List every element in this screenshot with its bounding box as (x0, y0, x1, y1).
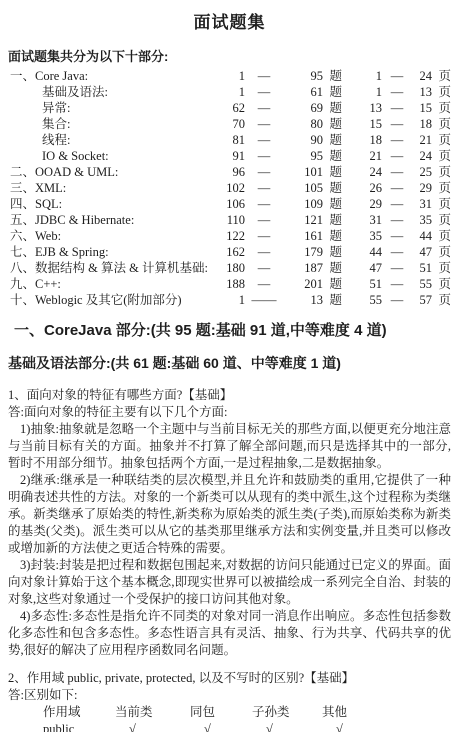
toc-page-dash: — (382, 164, 412, 180)
toc-page-start: 21 (352, 148, 382, 164)
toc-page-dash: — (382, 68, 412, 84)
toc-question-end: 105 (283, 180, 323, 196)
toc-page-start: 47 (352, 260, 382, 276)
toc-question-unit: 题 (323, 292, 342, 308)
toc-page-unit: 页 (432, 260, 451, 276)
toc-row: 异常: 62 — 69 题 13 — 15 页 (8, 100, 451, 116)
toc-question-unit: 题 (323, 84, 342, 100)
toc-question-dash: — (245, 68, 283, 84)
toc-page-end: 29 (412, 180, 432, 196)
toc-page-start: 51 (352, 276, 382, 292)
toc-page-start: 29 (352, 196, 382, 212)
toc-page-dash: — (382, 276, 412, 292)
toc-item-label: 二、OOAD & UML: (8, 164, 209, 180)
answer-paragraph: 1)抽象:抽象就是忽略一个主题中与当前目标无关的那些方面,以便更充分地注意与当前… (8, 421, 451, 472)
toc-page-end: 24 (412, 68, 432, 84)
table-header-cell: 当前类 (115, 704, 190, 721)
question-1-answer-intro: 答:面向对象的特征主要有以下几个方面: (8, 404, 451, 421)
toc-question-start: 81 (209, 132, 245, 148)
toc-page-start: 44 (352, 244, 382, 260)
toc-question-dash: — (245, 132, 283, 148)
toc-page-end: 47 (412, 244, 432, 260)
document-page: 面试题集 面试题集共分为以下十部分: 一、Core Java: 1 — 95 题… (0, 0, 459, 732)
toc-question-dash: — (245, 100, 283, 116)
toc-page-start: 55 (352, 292, 382, 308)
toc-page-end: 13 (412, 84, 432, 100)
toc-row: IO & Socket: 91 — 95 题 21 — 24 页 (8, 148, 451, 164)
toc-question-unit: 题 (323, 68, 342, 84)
toc-question-unit: 题 (323, 276, 342, 292)
toc-question-start: 1 (209, 84, 245, 100)
toc-question-dash: — (245, 116, 283, 132)
toc-item-label: IO & Socket: (8, 148, 209, 164)
toc-question-start: 1 (209, 292, 245, 308)
toc-item-label: 三、XML: (8, 180, 209, 196)
toc-question-end: 101 (283, 164, 323, 180)
toc-question-dash: — (245, 196, 283, 212)
toc-question-start: 106 (209, 196, 245, 212)
table-cell: public (43, 721, 115, 732)
question-1-block: 1、面向对象的特征有哪些方面?【基础】 答:面向对象的特征主要有以下几个方面: … (8, 387, 451, 659)
toc-page-end: 18 (412, 116, 432, 132)
toc-question-start: 102 (209, 180, 245, 196)
toc-page-dash: — (382, 260, 412, 276)
toc-row: 十、Weblogic 及其它(附加部分) 1 —— 13 题 55 — 57 页 (8, 292, 451, 308)
toc-question-dash: — (245, 260, 283, 276)
toc-page-end: 25 (412, 164, 432, 180)
toc-page-dash: — (382, 292, 412, 308)
toc-question-start: 188 (209, 276, 245, 292)
toc-page-unit: 页 (432, 292, 451, 308)
question-1-text: 1、面向对象的特征有哪些方面?【基础】 (8, 387, 451, 404)
toc-row: 七、EJB & Spring: 162 — 179 题 44 — 47 页 (8, 244, 451, 260)
toc-item-label: 八、数据结构 & 算法 & 计算机基础: (8, 260, 209, 276)
question-1-answer-paragraphs: 1)抽象:抽象就是忽略一个主题中与当前目标无关的那些方面,以便更充分地注意与当前… (8, 421, 451, 659)
toc-page-unit: 页 (432, 180, 451, 196)
toc-question-end: 179 (283, 244, 323, 260)
toc-page-dash: — (382, 212, 412, 228)
toc-question-unit: 题 (323, 116, 342, 132)
toc-page-unit: 页 (432, 212, 451, 228)
table-cell: √ (252, 721, 322, 732)
toc-question-start: 62 (209, 100, 245, 116)
toc-item-label: 集合: (8, 116, 209, 132)
toc-question-start: 96 (209, 164, 245, 180)
toc-question-dash: — (245, 84, 283, 100)
toc-item-label: 六、Web: (8, 228, 209, 244)
toc-page-unit: 页 (432, 228, 451, 244)
toc-question-unit: 题 (323, 180, 342, 196)
toc-question-end: 69 (283, 100, 323, 116)
toc-item-label: 异常: (8, 100, 209, 116)
toc-question-dash: — (245, 164, 283, 180)
toc-page-end: 35 (412, 212, 432, 228)
toc-row: 九、C++: 188 — 201 题 51 — 55 页 (8, 276, 451, 292)
toc-page-unit: 页 (432, 132, 451, 148)
table-of-contents: 一、Core Java: 1 — 95 题 1 — 24 页 基础及语法: 1 … (8, 68, 451, 308)
toc-page-unit: 页 (432, 276, 451, 292)
toc-page-unit: 页 (432, 164, 451, 180)
toc-page-start: 18 (352, 132, 382, 148)
toc-page-dash: — (382, 116, 412, 132)
toc-row: 基础及语法: 1 — 61 题 1 — 13 页 (8, 84, 451, 100)
toc-row: 四、SQL: 106 — 109 题 29 — 31 页 (8, 196, 451, 212)
toc-question-unit: 题 (323, 148, 342, 164)
toc-page-dash: — (382, 244, 412, 260)
toc-page-start: 15 (352, 116, 382, 132)
toc-question-end: 187 (283, 260, 323, 276)
toc-page-start: 26 (352, 180, 382, 196)
access-modifier-table-row: public√√√√ (43, 721, 451, 732)
toc-question-unit: 题 (323, 260, 342, 276)
toc-page-dash: — (382, 84, 412, 100)
toc-question-start: 162 (209, 244, 245, 260)
toc-question-end: 61 (283, 84, 323, 100)
toc-page-end: 44 (412, 228, 432, 244)
table-cell: √ (115, 721, 190, 732)
question-2-answer-intro: 答:区别如下: (8, 687, 451, 704)
toc-page-unit: 页 (432, 148, 451, 164)
toc-page-start: 13 (352, 100, 382, 116)
toc-question-end: 80 (283, 116, 323, 132)
toc-page-dash: — (382, 100, 412, 116)
toc-page-unit: 页 (432, 196, 451, 212)
toc-row: 八、数据结构 & 算法 & 计算机基础: 180 — 187 题 47 — 51… (8, 260, 451, 276)
toc-question-dash: — (245, 228, 283, 244)
toc-page-end: 24 (412, 148, 432, 164)
toc-question-dash: — (245, 244, 283, 260)
toc-row: 六、Web: 122 — 161 题 35 — 44 页 (8, 228, 451, 244)
table-header-cell: 同包 (190, 704, 252, 721)
toc-item-label: 九、C++: (8, 276, 209, 292)
toc-page-dash: — (382, 148, 412, 164)
toc-intro: 面试题集共分为以下十部分: (8, 49, 451, 64)
answer-paragraph: 3)封装:封装是把过程和数据包围起来,对数据的访问只能通过已定义的界面。面向对象… (8, 557, 451, 608)
toc-row: 线程: 81 — 90 题 18 — 21 页 (8, 132, 451, 148)
toc-question-start: 70 (209, 116, 245, 132)
toc-page-end: 51 (412, 260, 432, 276)
table-header-cell: 子孙类 (252, 704, 322, 721)
toc-page-unit: 页 (432, 244, 451, 260)
toc-question-dash: — (245, 180, 283, 196)
answer-paragraph: 2)继承:继承是一种联结类的层次模型,并且允许和鼓励类的重用,它提供了一种明确表… (8, 472, 451, 557)
toc-question-end: 95 (283, 68, 323, 84)
toc-question-dash: — (245, 276, 283, 292)
toc-page-start: 31 (352, 212, 382, 228)
toc-question-start: 110 (209, 212, 245, 228)
toc-question-dash: —— (245, 292, 283, 308)
table-header-cell: 作用域 (43, 704, 115, 721)
toc-row: 集合: 70 — 80 题 15 — 18 页 (8, 116, 451, 132)
toc-question-end: 121 (283, 212, 323, 228)
toc-row: 一、Core Java: 1 — 95 题 1 — 24 页 (8, 68, 451, 84)
access-modifier-table: 作用域当前类同包子孙类其他 public√√√√ (43, 704, 451, 732)
toc-question-start: 122 (209, 228, 245, 244)
toc-row: 三、XML: 102 — 105 题 26 — 29 页 (8, 180, 451, 196)
toc-question-unit: 题 (323, 228, 342, 244)
table-cell: √ (322, 721, 382, 732)
toc-item-label: 一、Core Java: (8, 68, 209, 84)
toc-page-end: 15 (412, 100, 432, 116)
table-cell: √ (190, 721, 252, 732)
table-header-cell: 其他 (322, 704, 382, 721)
toc-question-unit: 题 (323, 196, 342, 212)
toc-question-end: 109 (283, 196, 323, 212)
toc-question-start: 1 (209, 68, 245, 84)
toc-page-dash: — (382, 196, 412, 212)
toc-item-label: 基础及语法: (8, 84, 209, 100)
toc-item-label: 十、Weblogic 及其它(附加部分) (8, 292, 209, 308)
toc-question-unit: 题 (323, 212, 342, 228)
toc-question-start: 91 (209, 148, 245, 164)
toc-item-label: 七、EJB & Spring: (8, 244, 209, 260)
toc-page-unit: 页 (432, 100, 451, 116)
toc-page-dash: — (382, 132, 412, 148)
toc-page-end: 57 (412, 292, 432, 308)
toc-page-unit: 页 (432, 68, 451, 84)
toc-row: 二、OOAD & UML: 96 — 101 题 24 — 25 页 (8, 164, 451, 180)
toc-page-end: 31 (412, 196, 432, 212)
toc-row: 五、JDBC & Hibernate: 110 — 121 题 31 — 35 … (8, 212, 451, 228)
toc-question-end: 95 (283, 148, 323, 164)
toc-question-dash: — (245, 212, 283, 228)
toc-question-unit: 题 (323, 164, 342, 180)
page-title: 面试题集 (8, 8, 451, 33)
answer-paragraph: 4)多态性:多态性是指允许不同类的对象对同一消息作出响应。多态性包括参数化多态性… (8, 608, 451, 659)
toc-question-end: 90 (283, 132, 323, 148)
section-heading-basics: 基础及语法部分:(共 61 题:基础 60 道、中等难度 1 道) (8, 355, 451, 372)
toc-question-end: 13 (283, 292, 323, 308)
toc-question-end: 161 (283, 228, 323, 244)
question-2-block: 2、作用域 public, private, protected, 以及不写时的… (8, 670, 451, 732)
toc-page-start: 35 (352, 228, 382, 244)
toc-page-unit: 页 (432, 116, 451, 132)
access-modifier-table-header: 作用域当前类同包子孙类其他 (43, 704, 451, 721)
toc-page-end: 21 (412, 132, 432, 148)
toc-item-label: 四、SQL: (8, 196, 209, 212)
toc-question-end: 201 (283, 276, 323, 292)
toc-question-unit: 题 (323, 100, 342, 116)
toc-item-label: 线程: (8, 132, 209, 148)
toc-question-unit: 题 (323, 244, 342, 260)
toc-question-unit: 题 (323, 132, 342, 148)
toc-page-start: 24 (352, 164, 382, 180)
section-heading-corejava: 一、CoreJava 部分:(共 95 题:基础 91 道,中等难度 4 道) (14, 322, 451, 340)
toc-page-end: 55 (412, 276, 432, 292)
question-2-text: 2、作用域 public, private, protected, 以及不写时的… (8, 670, 451, 687)
toc-item-label: 五、JDBC & Hibernate: (8, 212, 209, 228)
toc-page-unit: 页 (432, 84, 451, 100)
toc-page-dash: — (382, 180, 412, 196)
toc-page-dash: — (382, 228, 412, 244)
toc-question-dash: — (245, 148, 283, 164)
toc-page-start: 1 (352, 68, 382, 84)
toc-question-start: 180 (209, 260, 245, 276)
toc-page-start: 1 (352, 84, 382, 100)
